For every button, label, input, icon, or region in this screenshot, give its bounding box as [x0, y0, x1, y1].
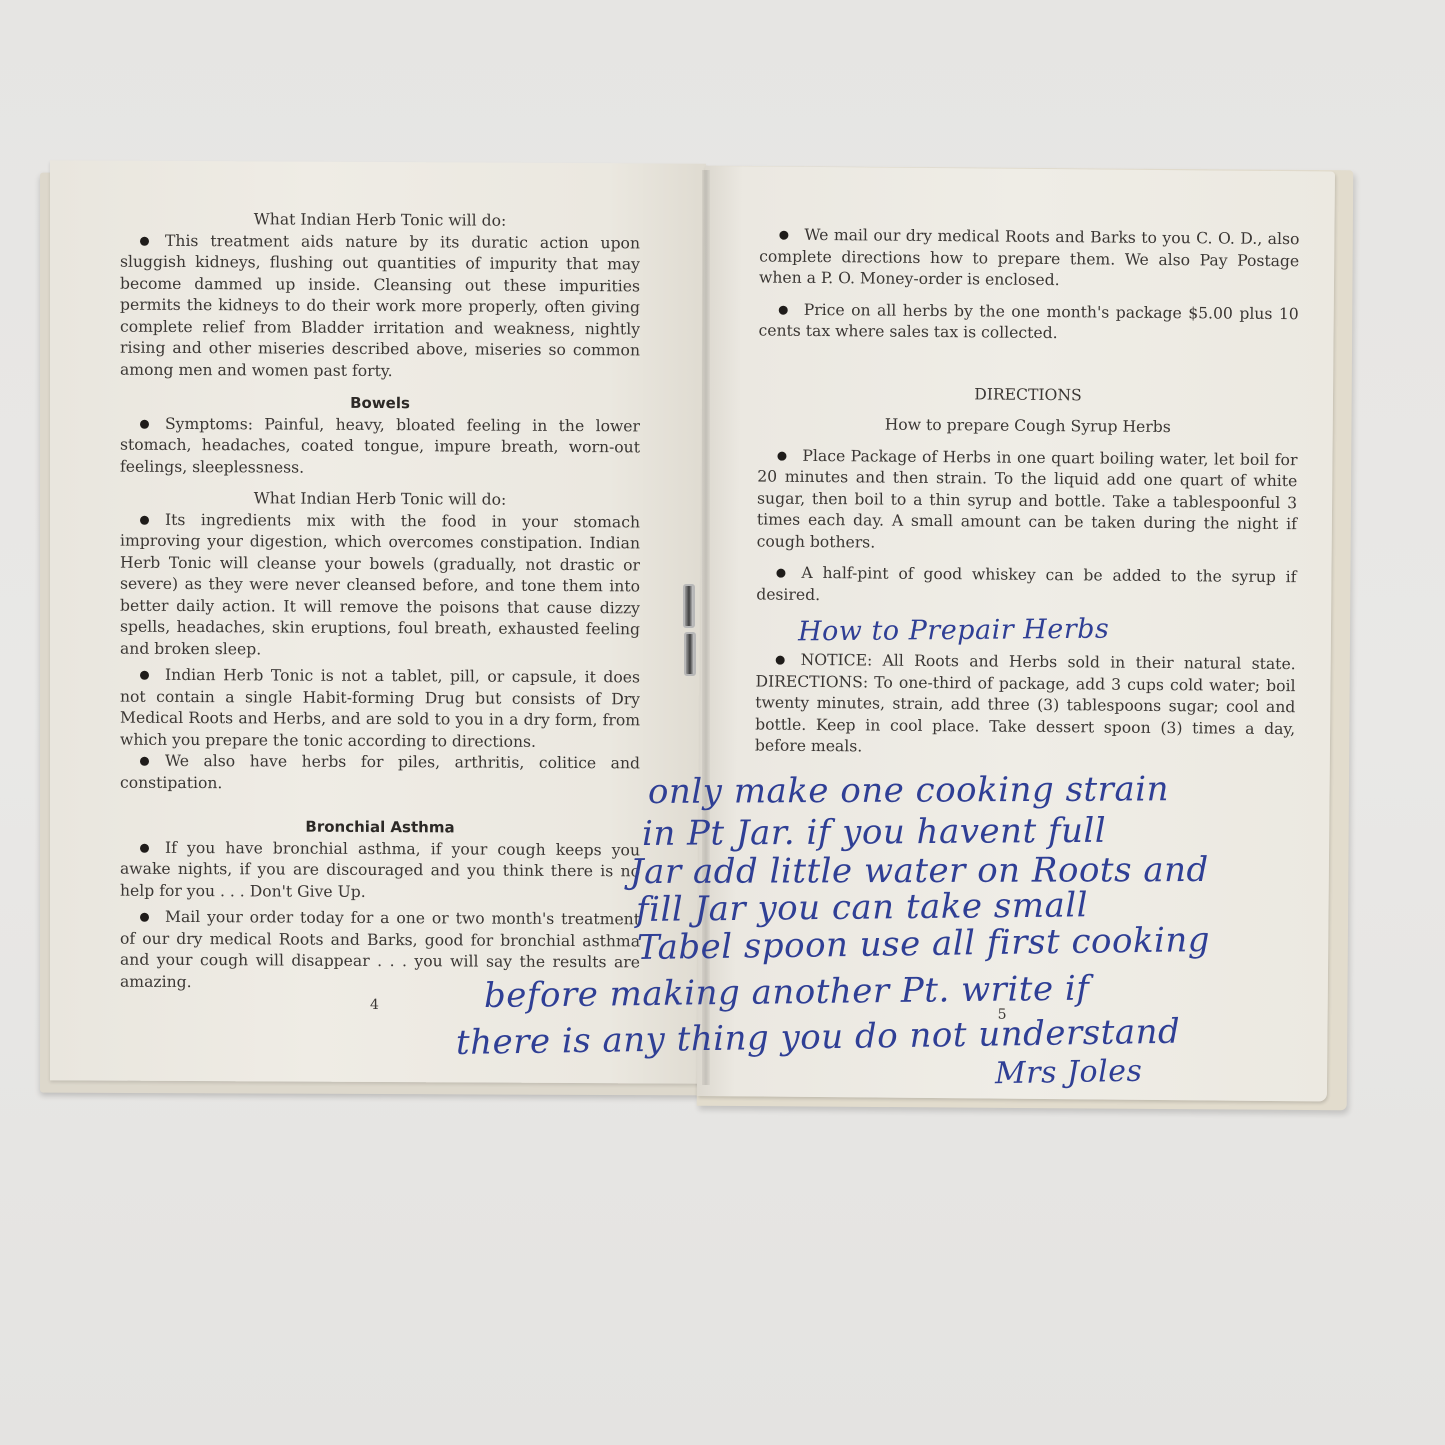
paragraph: We also have herbs for piles, arthritis,… — [120, 751, 640, 797]
paragraph: A half-pint of good whiskey can be added… — [756, 562, 1296, 610]
paragraph: If you have bronchial asthma, if your co… — [120, 837, 640, 904]
staple-icon — [684, 632, 696, 676]
bullet-icon — [140, 419, 149, 428]
paragraph: This treatment aids nature by its durati… — [120, 230, 640, 383]
section-heading: What Indian Herb Tonic will do: — [120, 209, 640, 233]
staple-icon — [683, 584, 695, 628]
paragraph: We mail our dry medical Roots and Barks … — [759, 224, 1300, 293]
paragraph: Price on all herbs by the one month's pa… — [758, 299, 1298, 347]
right-page-content: We mail our dry medical Roots and Barks … — [755, 224, 1300, 761]
bullet-icon — [140, 913, 149, 922]
bullet-icon — [777, 451, 786, 460]
handwritten-line: only make one cooking strain — [648, 769, 1169, 812]
section-heading-bowels: Bowels — [120, 392, 640, 416]
bullet-icon — [140, 515, 149, 524]
handwritten-line: Tabel spoon use all first cooking — [637, 920, 1211, 968]
bullet-icon — [140, 671, 149, 680]
bullet-icon — [140, 843, 149, 852]
left-page-content: What Indian Herb Tonic will do: This tre… — [120, 209, 640, 996]
handwritten-line: Jar add little water on Roots and — [630, 850, 1209, 892]
section-heading-bronchial-asthma: Bronchial Asthma — [120, 816, 640, 840]
left-page: What Indian Herb Tonic will do: This tre… — [50, 160, 706, 1083]
bullet-icon — [140, 236, 149, 245]
section-heading: What Indian Herb Tonic will do: — [120, 488, 640, 512]
handwritten-title: How to Prepair Herbs — [798, 614, 1110, 648]
paragraph: Place Package of Herbs in one quart boil… — [757, 445, 1298, 557]
paragraph: Indian Herb Tonic is not a tablet, pill,… — [120, 665, 640, 754]
handwritten-signature: Mrs Joles — [995, 1054, 1143, 1092]
page-number-left: 4 — [370, 997, 379, 1013]
bullet-icon — [779, 231, 788, 240]
handwritten-line: before making another Pt. write if — [484, 969, 1090, 1016]
bullet-icon — [776, 569, 785, 578]
handwritten-line: in Pt Jar. if you havent full — [642, 811, 1106, 854]
bullet-icon — [776, 656, 785, 665]
paragraph: Its ingredients mix with the food in you… — [120, 509, 640, 662]
bullet-icon — [779, 305, 788, 314]
paragraph: NOTICE: All Roots and Herbs sold in thei… — [755, 649, 1296, 761]
bullet-icon — [140, 757, 149, 766]
paragraph: Symptoms: Painful, heavy, bloated feelin… — [120, 413, 640, 480]
open-booklet: What Indian Herb Tonic will do: This tre… — [40, 162, 1350, 1110]
